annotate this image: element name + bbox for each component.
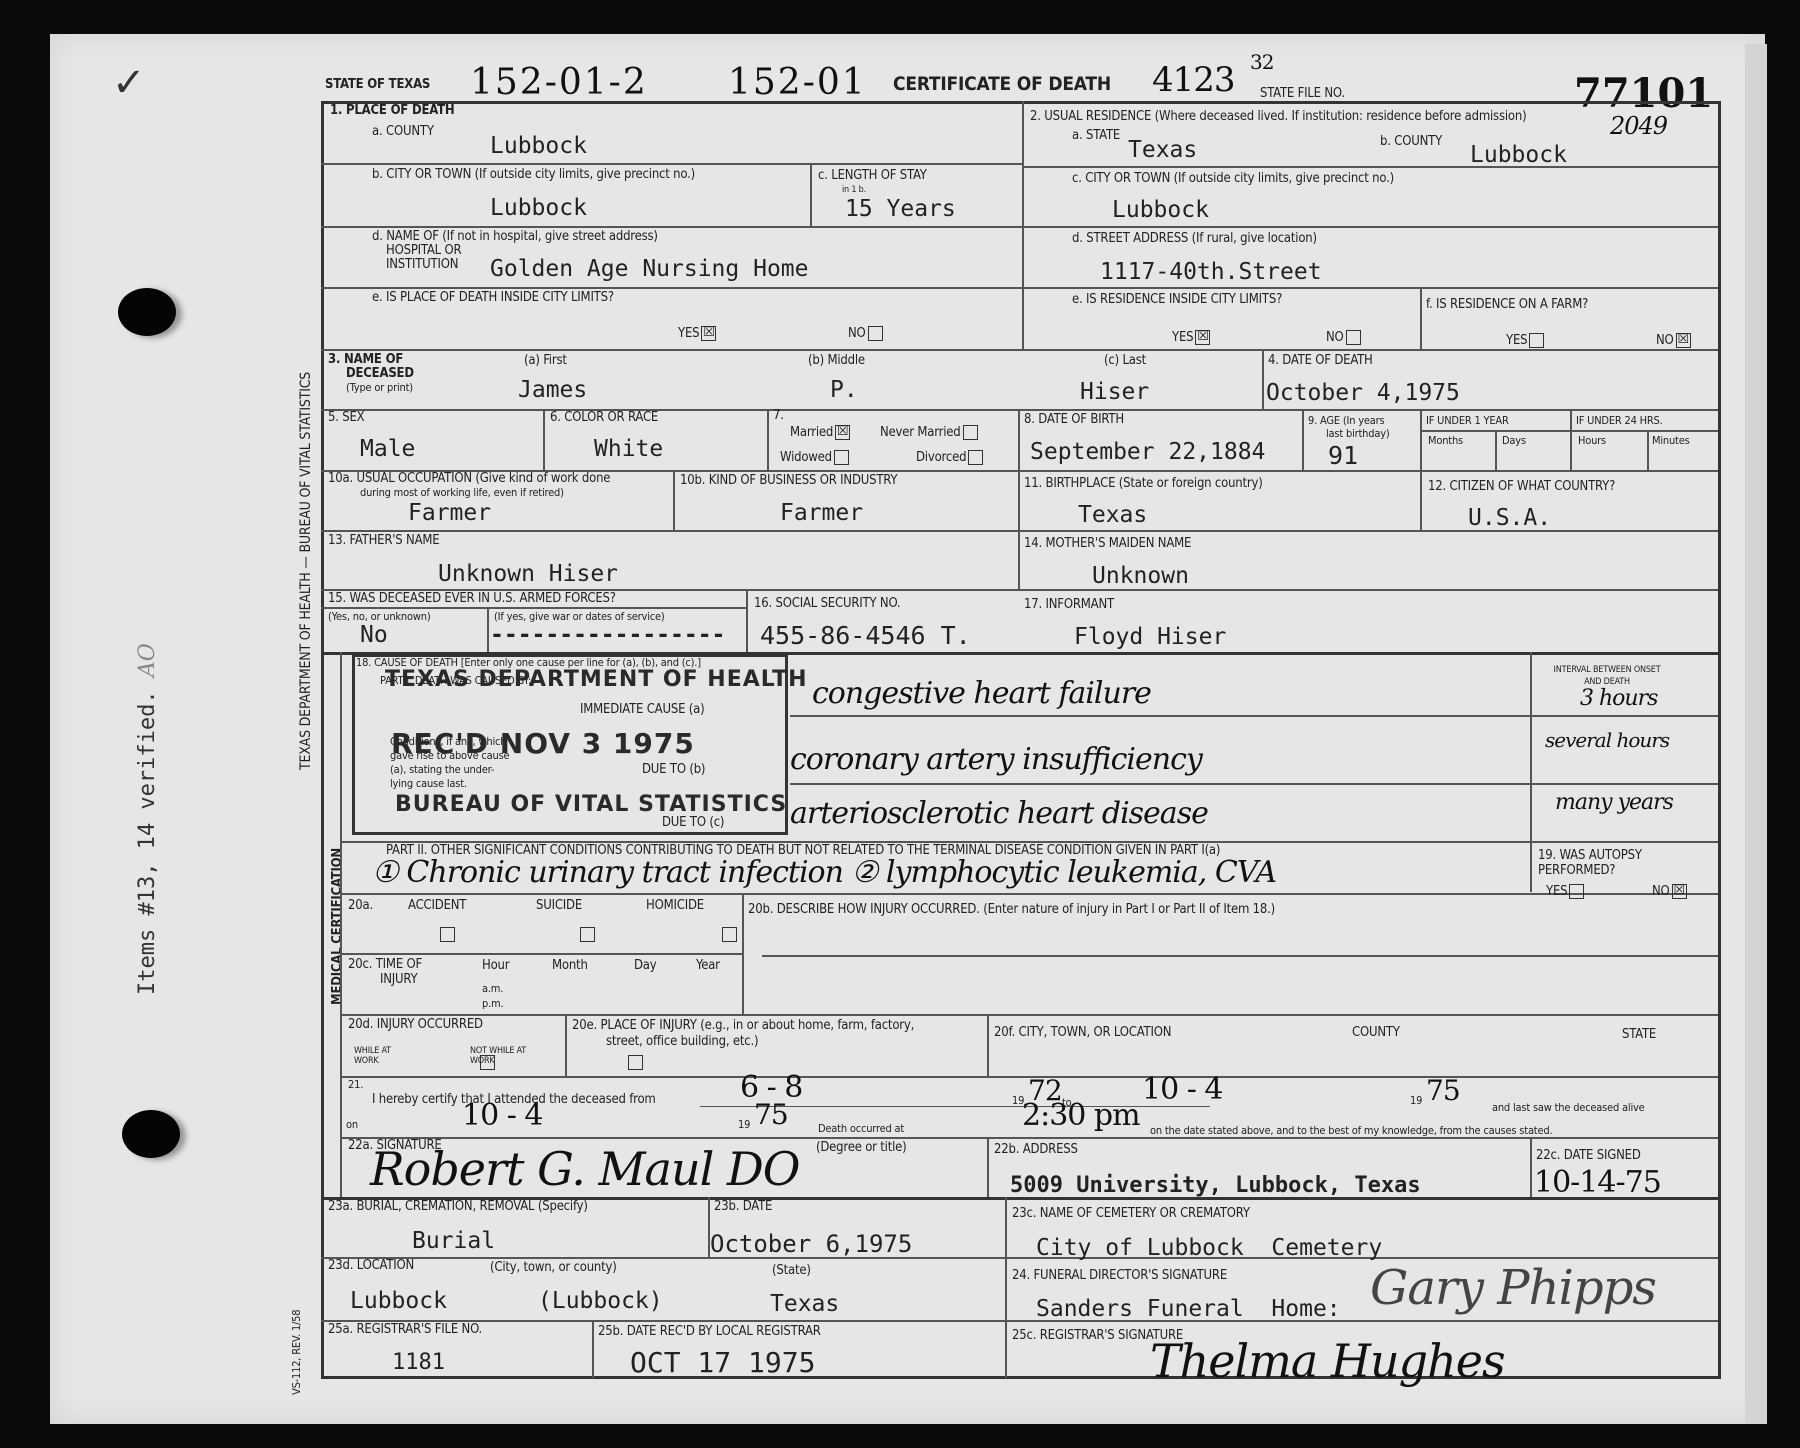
divider	[340, 893, 1718, 895]
year-prefix-3: 19	[738, 1118, 750, 1131]
knowledge-text: on the date stated above, and to the bes…	[1150, 1124, 1552, 1137]
divorced-label: Divorced	[916, 450, 966, 465]
divider	[1005, 1197, 1007, 1378]
year-prefix-2: 19	[1410, 1094, 1422, 1107]
dob-value: September 22,1884	[1030, 439, 1265, 465]
divider	[762, 955, 1718, 957]
armed-forces-service: -----------------	[490, 622, 725, 648]
res-city-value: Lubbock	[1112, 197, 1209, 223]
registrar-file-value: 1181	[392, 1350, 445, 1375]
divider	[790, 783, 1718, 785]
suicide-label: SUICIDE	[536, 898, 582, 913]
cemetery-value: City of Lubbock Cemetery	[1036, 1235, 1382, 1261]
accident-checkbox[interactable]	[440, 927, 455, 942]
pod-city-value: Lubbock	[490, 195, 587, 221]
form-bottom-border	[321, 1376, 1721, 1379]
res-county-label: b. COUNTY	[1380, 134, 1442, 149]
never-married-option[interactable]: Never Married	[880, 425, 978, 440]
margin-note: Items #13, 14 verified. AO	[135, 643, 160, 995]
handwritten-code-3: 4123	[1152, 60, 1235, 100]
state-file-label: STATE FILE NO.	[1260, 86, 1345, 101]
checkbox-checked[interactable]: ☒	[835, 425, 850, 440]
injury-county-label: COUNTY	[1352, 1025, 1400, 1040]
checkbox-checked[interactable]: ☒	[1672, 884, 1687, 899]
res-city-label: c. CITY OR TOWN (If outside city limits,…	[1072, 171, 1394, 186]
farm-no[interactable]: NO☒	[1656, 333, 1691, 348]
describe-injury-label: 20b. DESCRIBE HOW INJURY OCCURRED. (Ente…	[748, 902, 1275, 917]
marital-label: 7.	[773, 408, 784, 423]
race-value: White	[594, 436, 663, 462]
date-of-death-label: 4. DATE OF DEATH	[1268, 353, 1373, 368]
widowed-option[interactable]: Widowed	[780, 450, 849, 465]
stamp-line-3: BUREAU OF VITAL STATISTICS	[395, 792, 787, 817]
divider	[321, 1320, 1718, 1322]
cert-21-label: 21.	[348, 1078, 363, 1091]
checkbox-unchecked[interactable]	[834, 450, 849, 465]
father-label: 13. FATHER'S NAME	[328, 533, 439, 548]
res-inside-city-no[interactable]: NO	[1326, 330, 1361, 345]
burial-date-label: 23b. DATE	[714, 1199, 772, 1214]
injury-occurred-label: 20d. INJURY OCCURRED	[348, 1017, 483, 1032]
divider	[746, 589, 748, 652]
injury-20a-label: 20a.	[348, 898, 373, 913]
divider	[1530, 1137, 1532, 1197]
place-of-death-label: 1. PLACE OF DEATH	[330, 103, 454, 118]
informant-value: Floyd Hiser	[1074, 624, 1226, 650]
divider	[321, 287, 1718, 289]
hour-label: Hour	[482, 958, 509, 973]
res-street-label: d. STREET ADDRESS (If rural, give locati…	[1072, 231, 1317, 246]
citizen-label: 12. CITIZEN OF WHAT COUNTRY?	[1428, 479, 1615, 494]
funeral-home-value: Sanders Funeral Home:	[1036, 1296, 1341, 1322]
never-married-label: Never Married	[880, 425, 961, 440]
funeral-director-signature: Gary Phipps	[1370, 1260, 1656, 1316]
age-label: 9. AGE (In years	[1308, 414, 1384, 427]
divider	[1570, 409, 1572, 470]
divider	[1262, 349, 1264, 409]
married-label: Married	[790, 425, 833, 440]
divider	[1420, 430, 1718, 432]
sex-label: 5. SEX	[328, 410, 365, 425]
business-label: 10b. KIND OF BUSINESS OR INDUSTRY	[680, 473, 897, 488]
pod-inside-city-label: e. IS PLACE OF DEATH INSIDE CITY LIMITS?	[372, 290, 614, 305]
occupation-value: Farmer	[408, 500, 491, 526]
married-option[interactable]: Married☒	[790, 425, 850, 440]
widowed-label: Widowed	[780, 450, 832, 465]
handwritten-2049: 2049	[1610, 112, 1667, 140]
business-value: Farmer	[780, 500, 863, 526]
divider	[1302, 409, 1304, 470]
divider	[1022, 166, 1718, 168]
interval-c-value: many years	[1555, 790, 1673, 815]
divider	[1495, 430, 1497, 470]
burial-method-label: 23a. BURIAL, CREMATION, REMOVAL (Specify…	[328, 1199, 588, 1214]
handwritten-code-4: 32	[1250, 50, 1273, 74]
on-date: 10 - 4	[462, 1098, 542, 1133]
homicide-label: HOMICIDE	[646, 898, 704, 913]
form-right-border	[1718, 101, 1721, 1379]
place-of-injury-label: 20e. PLACE OF INJURY (e.g., in or about …	[572, 1018, 914, 1033]
side-label-medical-certification: MEDICAL CERTIFICATION	[330, 848, 345, 1005]
stamp-line-2: REC'D NOV 3 1975	[391, 727, 695, 760]
divider	[673, 470, 675, 530]
divider	[987, 1014, 989, 1076]
divider	[340, 953, 742, 955]
no-label: NO	[848, 326, 866, 341]
day-label: Day	[634, 958, 657, 973]
year-label: Year	[696, 958, 720, 973]
location-city-value: Lubbock	[350, 1288, 447, 1314]
cause-a-value: congestive heart failure	[812, 676, 1151, 711]
divider	[340, 652, 342, 1197]
father-value: Unknown Hiser	[438, 561, 618, 587]
under-year-label: IF UNDER 1 YEAR	[1426, 414, 1509, 427]
divider	[543, 409, 545, 470]
received-stamp: TEXAS DEPARTMENT OF HEALTH REC'D NOV 3 1…	[352, 654, 788, 835]
pod-inside-city-yes[interactable]: YES☒	[678, 326, 716, 341]
checkbox-unchecked[interactable]	[868, 326, 883, 341]
res-state-value: Texas	[1128, 137, 1197, 163]
date-signed-value: 10-14-75	[1534, 1165, 1661, 1200]
autopsy-no[interactable]: NO☒	[1652, 884, 1687, 899]
registrar-signature: Thelma Hughes	[1150, 1334, 1505, 1388]
occupation-label: 10a. USUAL OCCUPATION (Give kind of work…	[328, 471, 610, 486]
last-name-label: (c) Last	[1104, 353, 1146, 368]
divider	[1530, 652, 1532, 892]
divider	[321, 607, 746, 609]
divider	[742, 893, 744, 1014]
punch-hole-bottom	[122, 1110, 180, 1158]
no-label: NO	[1326, 330, 1344, 345]
side-label-form-number: VS-112, REV. 1/58	[290, 1310, 303, 1395]
institution-label-2: HOSPITAL OR	[386, 243, 461, 258]
divider	[1647, 430, 1649, 470]
divider	[790, 715, 1718, 717]
to-date: 10 - 4	[1142, 1072, 1222, 1107]
res-state-label: a. STATE	[1072, 128, 1120, 143]
ssn-label: 16. SOCIAL SECURITY NO.	[754, 596, 900, 611]
interval-a-value: 3 hours	[1580, 686, 1657, 711]
handwritten-code-2: 152-01	[728, 62, 867, 103]
location-label: 23d. LOCATION	[328, 1258, 414, 1273]
length-of-stay-label: c. LENGTH OF STAY	[818, 168, 927, 183]
name-label-3: (Type or print)	[346, 381, 413, 394]
yes-label: YES	[678, 326, 699, 341]
divider	[321, 349, 1718, 351]
accident-label: ACCIDENT	[408, 898, 466, 913]
res-inside-city-yes[interactable]: YES☒	[1172, 330, 1210, 345]
first-name-value: James	[518, 377, 587, 403]
divider	[987, 1137, 989, 1197]
margin-note-text: Items #13, 14 verified.	[135, 690, 160, 995]
handwritten-code-1: 152-01-2	[470, 62, 648, 103]
checkbox-checked[interactable]: ☒	[1195, 330, 1210, 345]
location-county-value: (Lubbock)	[538, 1288, 663, 1314]
informant-label: 17. INFORMANT	[1024, 597, 1114, 612]
days-label: Days	[1502, 434, 1526, 447]
citizen-value: U.S.A.	[1468, 505, 1551, 531]
checkbox-checked[interactable]: ☒	[701, 326, 716, 341]
stamp-line-1: TEXAS DEPARTMENT OF HEALTH	[385, 667, 808, 692]
divider	[767, 409, 769, 470]
middle-name-label: (b) Middle	[808, 353, 865, 368]
institution-label-3: INSTITUTION	[386, 257, 458, 272]
checkbox-unchecked[interactable]	[1569, 884, 1584, 899]
armed-forces-label: 15. WAS DECEASED EVER IN U.S. ARMED FORC…	[328, 591, 616, 606]
residence-label-text: 2. USUAL RESIDENCE (Where deceased lived…	[1030, 109, 1526, 124]
paper-edge	[1745, 44, 1767, 1424]
divider	[565, 1014, 567, 1076]
cause-c-value: arteriosclerotic heart disease	[790, 796, 1208, 831]
checkbox-unchecked[interactable]	[968, 450, 983, 465]
side-label-department: TEXAS DEPARTMENT OF HEALTH — BUREAU OF V…	[298, 372, 314, 770]
residence-label: 2. USUAL RESIDENCE (Where deceased lived…	[1030, 109, 1526, 124]
farm-yes[interactable]: YES	[1506, 333, 1544, 348]
birthplace-value: Texas	[1078, 502, 1147, 528]
pod-city-label: b. CITY OR TOWN (If outside city limits,…	[372, 167, 695, 182]
punch-hole-top	[118, 288, 176, 336]
name-label-2: DECEASED	[346, 366, 414, 381]
divider	[321, 1257, 1718, 1259]
place-of-injury-label-2: street, office building, etc.)	[606, 1034, 758, 1049]
divider	[487, 607, 489, 652]
first-name-label: (a) First	[524, 353, 567, 368]
age-value: 91	[1328, 441, 1358, 470]
location-state-label: (State)	[772, 1263, 811, 1278]
race-label: 6. COLOR OR RACE	[550, 410, 658, 425]
margin-check-mark: ✓	[112, 60, 146, 106]
address-label: 22b. ADDRESS	[994, 1142, 1078, 1157]
under-24-label: IF UNDER 24 HRS.	[1576, 414, 1663, 427]
divider	[321, 163, 1022, 165]
date-recd-value: OCT 17 1975	[630, 1346, 815, 1379]
injury-state-label: STATE	[1622, 1027, 1656, 1042]
interval-b-value: several hours	[1545, 728, 1669, 752]
time-of-injury-label: 20c. TIME OF	[348, 957, 422, 972]
farm-label: f. IS RESIDENCE ON A FARM?	[1426, 297, 1588, 312]
divider	[810, 163, 812, 226]
document-title: CERTIFICATE OF DEATH	[893, 73, 1111, 95]
suicide-checkbox[interactable]	[580, 927, 595, 942]
not-while-at-work-checkbox[interactable]	[628, 1055, 643, 1070]
hours-label: Hours	[1578, 434, 1606, 447]
divider	[592, 1320, 594, 1378]
divorced-option[interactable]: Divorced	[916, 450, 983, 465]
yes-label: YES	[1172, 330, 1193, 345]
pm-label: p.m.	[482, 997, 503, 1010]
checkbox-unchecked[interactable]	[1529, 333, 1544, 348]
armed-forces-value: No	[360, 622, 388, 648]
divider	[340, 1137, 1718, 1139]
homicide-checkbox[interactable]	[722, 927, 737, 942]
date-of-death-value: October 4,1975	[1266, 380, 1460, 406]
autopsy-label: 19. WAS AUTOPSY PERFORMED?	[1538, 848, 1708, 878]
while-at-work-label: WHILE AT WORK	[354, 1046, 404, 1066]
sex-value: Male	[360, 436, 415, 462]
institution-label: d. NAME OF (If not in hospital, give str…	[372, 229, 658, 244]
months-label: Months	[1428, 434, 1463, 447]
on-label: on	[346, 1118, 358, 1131]
to-year: 75	[1426, 1074, 1460, 1107]
margin-initials: AO	[135, 643, 160, 677]
pod-inside-city-no[interactable]: NO	[848, 326, 883, 341]
death-occurred-text: Death occurred at	[818, 1122, 904, 1135]
name-label: 3. NAME OF	[328, 352, 403, 367]
checkbox-unchecked[interactable]	[1346, 330, 1361, 345]
checkbox-checked[interactable]: ☒	[1676, 333, 1691, 348]
dob-label: 8. DATE OF BIRTH	[1024, 412, 1124, 427]
checkbox-unchecked[interactable]	[963, 425, 978, 440]
minutes-label: Minutes	[1652, 434, 1690, 447]
no-label: NO	[1656, 333, 1674, 348]
month-label: Month	[552, 958, 588, 973]
interval-label: INTERVAL BETWEEN ONSET AND DEATH	[1552, 664, 1662, 688]
divider	[340, 1014, 1718, 1016]
am-label: a.m.	[482, 982, 503, 995]
last-name-value: Hiser	[1080, 379, 1149, 405]
age-label-2: last birthday)	[1326, 427, 1390, 440]
yes-label: YES	[1506, 333, 1527, 348]
on-year: 75	[754, 1098, 788, 1131]
degree-label: (Degree or title)	[816, 1140, 907, 1155]
burial-method-value: Burial	[412, 1228, 495, 1254]
form-left-border	[321, 101, 324, 1379]
not-while-at-work-label: NOT WHILE AT WORK	[470, 1046, 532, 1066]
pod-county-value: Lubbock	[490, 133, 587, 159]
form-top-border	[321, 101, 1721, 104]
burial-date-value: October 6,1975	[710, 1230, 912, 1258]
middle-name-value: P.	[830, 377, 858, 403]
institution-value: Golden Age Nursing Home	[490, 256, 809, 282]
occupation-label-2: during most of working life, even if ret…	[360, 486, 564, 499]
pod-county-label: a. COUNTY	[372, 124, 434, 139]
funeral-director-label: 24. FUNERAL DIRECTOR'S SIGNATURE	[1012, 1268, 1227, 1283]
registrar-file-label: 25a. REGISTRAR'S FILE NO.	[328, 1322, 482, 1337]
cemetery-label: 23c. NAME OF CEMETERY OR CREMATORY	[1012, 1206, 1250, 1221]
location-state-value: Texas	[770, 1291, 839, 1317]
mother-value: Unknown	[1092, 563, 1189, 589]
address-value: 5009 University, Lubbock, Texas	[1010, 1173, 1421, 1198]
res-county-value: Lubbock	[1470, 142, 1567, 168]
ssn-value: 455-86-4546 T.	[760, 621, 971, 650]
death-time: 2:30 pm	[1022, 1098, 1140, 1133]
res-street-value: 1117-40th.Street	[1100, 259, 1322, 285]
length-of-stay-sub: in 1 b.	[842, 185, 866, 195]
cause-b-value: coronary artery insufficiency	[790, 742, 1202, 777]
time-of-injury-label-2: INJURY	[380, 972, 417, 987]
date-recd-label: 25b. DATE REC'D BY LOCAL REGISTRAR	[598, 1324, 821, 1339]
location-city-label: (City, town, or county)	[490, 1260, 617, 1275]
birthplace-label: 11. BIRTHPLACE (State or foreign country…	[1024, 476, 1263, 491]
part2-value: ① Chronic urinary tract infection ② lymp…	[372, 855, 1276, 890]
mother-label: 14. MOTHER'S MAIDEN NAME	[1024, 536, 1191, 551]
last-saw-text: and last saw the deceased alive	[1492, 1101, 1645, 1114]
state-file-number: 77101	[1574, 70, 1713, 117]
res-inside-city-label: e. IS RESIDENCE INSIDE CITY LIMITS?	[1072, 292, 1282, 307]
injury-city-label: 20f. CITY, TOWN, OR LOCATION	[994, 1025, 1171, 1040]
divider	[321, 226, 1718, 228]
physician-signature: Robert G. Maul DO	[370, 1142, 800, 1196]
divider	[1420, 287, 1422, 351]
form-header-state: STATE OF TEXAS	[325, 77, 430, 92]
length-of-stay-value: 15 Years	[845, 196, 956, 222]
no-label: NO	[1652, 884, 1670, 899]
date-signed-label: 22c. DATE SIGNED	[1536, 1148, 1641, 1163]
yes-label: YES	[1546, 884, 1567, 899]
divider	[1018, 409, 1020, 589]
autopsy-yes[interactable]: YES	[1546, 884, 1584, 899]
